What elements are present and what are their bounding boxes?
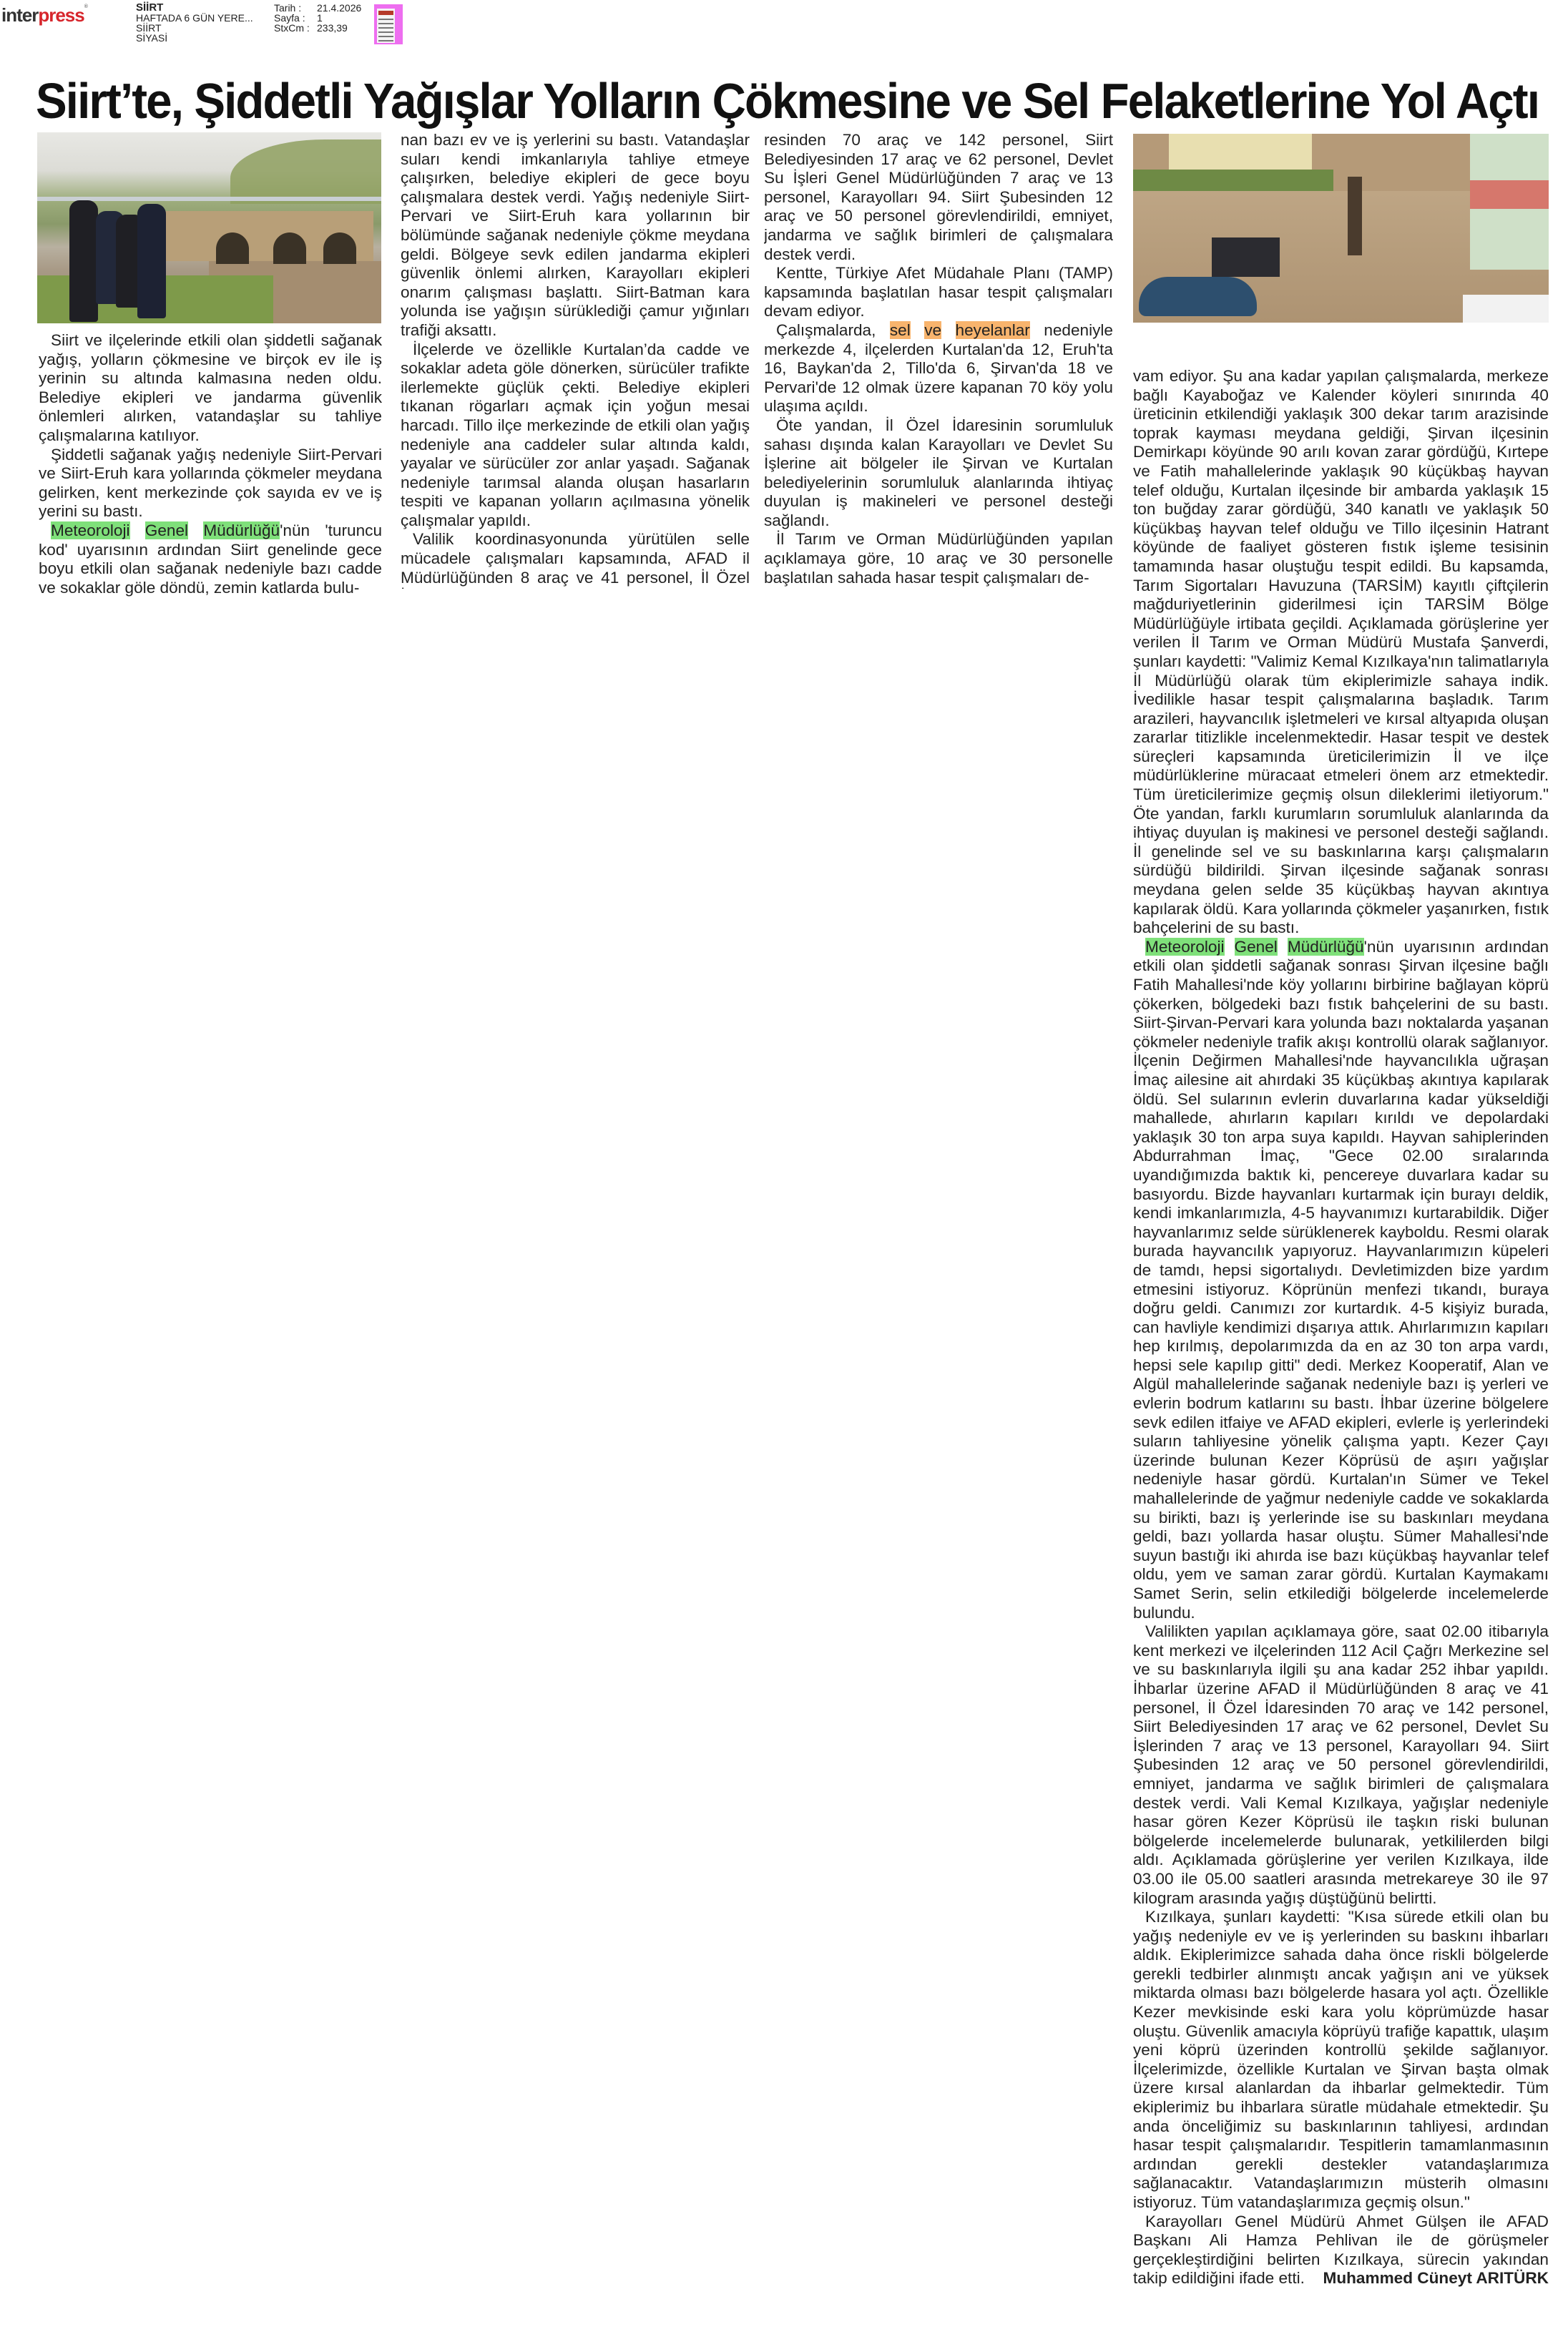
submerged-car — [1139, 277, 1257, 316]
paragraph: vam ediyor. Şu ana kadar yapılan çalışma… — [1133, 367, 1549, 938]
publication-city: SİİRT — [136, 23, 253, 33]
publication-frequency: HAFTADA 6 GÜN YERE... — [136, 13, 253, 23]
publication-name: SİİRT — [136, 3, 253, 13]
paragraph: Kentte, Türkiye Afet Müdahale Planı (TAM… — [764, 264, 1113, 321]
clipping-header: interpress® SİİRT HAFTADA 6 GÜN YERE... … — [0, 0, 1568, 50]
paragraph: Valilikten yapılan açıklamaya göre, saat… — [1133, 1622, 1549, 1908]
keyword-highlight: Meteoroloji — [1145, 938, 1225, 956]
page-thumbnail[interactable] — [374, 4, 403, 44]
paragraph: Meteoroloji Genel Müdürlüğü'nün 'turuncu… — [39, 521, 382, 597]
keyword-highlight: Meteoroloji — [51, 521, 130, 539]
paragraph: Şiddetli sağanak yağış nedeniyle Siirt-P… — [39, 446, 382, 521]
meta-stxcm: StxCm :233,39 — [274, 23, 361, 33]
paragraph: Karayolları Genel Müdürü Ahmet Gülşen il… — [1133, 2213, 1549, 2288]
paragraph: Öte yandan, İl Özel İdaresinin sorumlulu… — [764, 416, 1113, 531]
keyword-highlight: heyelanlar — [956, 321, 1030, 339]
paragraph: Valilik koordinasyonunda yürütülen selle… — [401, 530, 750, 589]
page-thumbnail-image — [377, 9, 395, 43]
flooded-street-photo — [1133, 134, 1549, 323]
publication-info: SİİRT HAFTADA 6 GÜN YERE... SİİRT SİYASİ — [136, 3, 253, 43]
article-column-3: resinden 70 araç ve 142 personel, Siirt … — [764, 131, 1113, 589]
publication-category: SİYASİ — [136, 33, 253, 43]
clipping-meta: Tarih :21.4.2026 Sayfa :1 StxCm :233,39 — [274, 3, 361, 33]
keyword-highlight: Müdürlüğü — [203, 521, 280, 539]
keyword-highlight: Genel — [1235, 938, 1278, 956]
keyword-highlight: sel — [890, 321, 911, 339]
meta-date: Tarih :21.4.2026 — [274, 3, 361, 13]
paragraph: nan bazı ev ve iş yerlerini su bastı. Va… — [401, 131, 750, 340]
paragraph: Çalışmalarda, sel ve heyelanlar nedeniyl… — [764, 321, 1113, 416]
paragraph: resinden 70 araç ve 142 personel, Siirt … — [764, 131, 1113, 264]
keyword-highlight: Müdürlüğü — [1288, 938, 1364, 956]
interpress-logo: interpress® — [1, 4, 87, 26]
article-column-4: vam ediyor. Şu ana kadar yapılan çalışma… — [1133, 367, 1549, 2331]
author-byline: Muhammed Cüneyt ARITÜRK — [1311, 2269, 1549, 2288]
keyword-highlight: ve — [924, 321, 941, 339]
article-column-2: nan bazı ev ve iş yerlerini su bastı. Va… — [401, 131, 750, 589]
article-column-1: Siirt ve ilçelerinde etkili olan şiddetl… — [39, 331, 382, 597]
keyword-highlight: Genel — [145, 521, 188, 539]
bridge-inspection-photo — [37, 132, 381, 323]
paragraph: İl Tarım ve Orman Müdürlüğünden yapılan … — [764, 530, 1113, 587]
paragraph: Siirt ve ilçelerinde etkili olan şiddetl… — [39, 331, 382, 446]
meta-page: Sayfa :1 — [274, 13, 361, 23]
paragraph: Kızılkaya, şunları kaydetti: "Kısa süred… — [1133, 1908, 1549, 2213]
article-headline: Siirt’te, Şiddetli Yağışlar Yolların Çök… — [36, 69, 1454, 133]
paragraph: Meteoroloji Genel Müdürlüğü'nün uyarısın… — [1133, 938, 1549, 1622]
paragraph: İlçelerde ve özellikle Kurtalan’da cadde… — [401, 340, 750, 531]
